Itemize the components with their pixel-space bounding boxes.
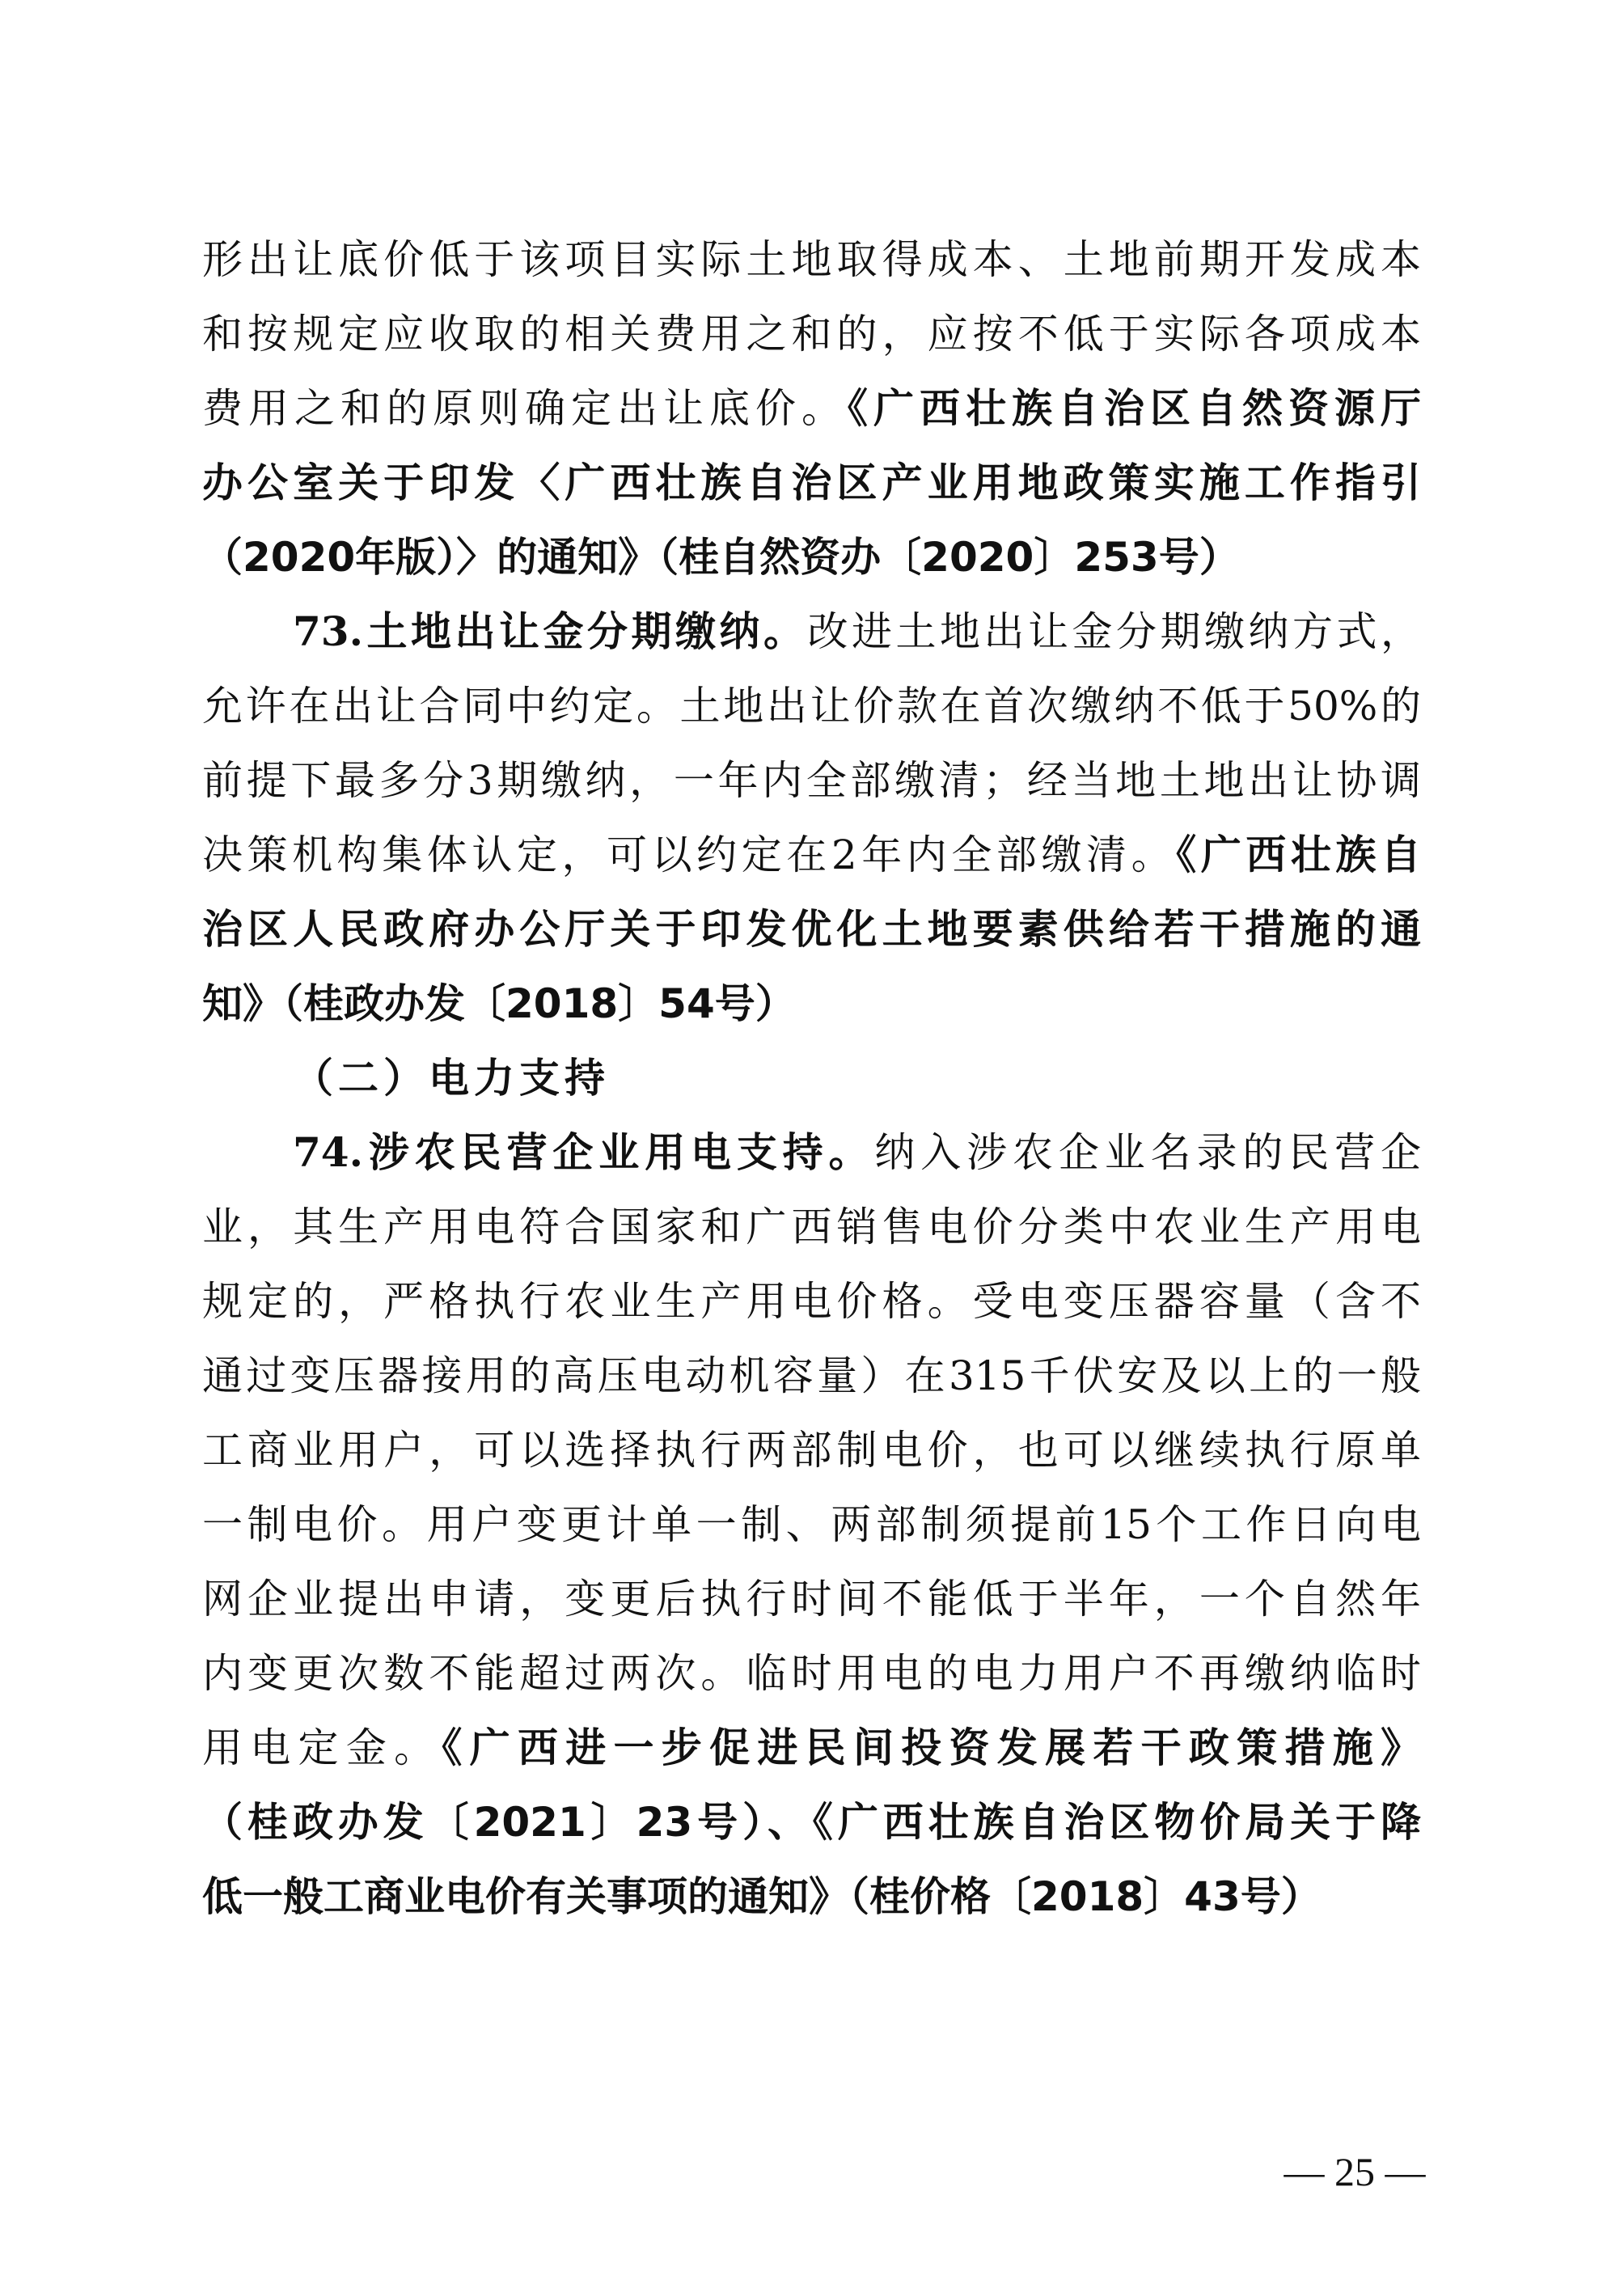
body-text: 通过变压器接用的高压电动机容量）在315千伏安及以上的一般 — [202, 1352, 1421, 1399]
body-text: 网企业提出申请，变更后执行时间不能低于半年，一个自然年 — [202, 1576, 1421, 1622]
text-line: 工商业用户，可以选择执行两部制电价，也可以继续执行原单 — [202, 1413, 1421, 1487]
citation-text: 办公室关于印发〈广西壮族自治区产业用地政策实施工作指引 — [202, 459, 1421, 506]
text-line: 形出让底价低于该项目实际土地取得成本、土地前期开发成本 — [202, 222, 1421, 297]
text-line: 内变更次数不能超过两次。临时用电的电力用户不再缴纳临时 — [202, 1636, 1421, 1711]
section-heading: （二）电力支持 — [202, 1041, 1421, 1115]
body-text: 工商业用户，可以选择执行两部制电价，也可以继续执行原单 — [202, 1427, 1421, 1474]
text-line: 网企业提出申请，变更后执行时间不能低于半年，一个自然年 — [202, 1562, 1421, 1636]
text-line: 业，其生产用电符合国家和广西销售电价分类中农业生产用电 — [202, 1190, 1421, 1264]
item-74-line: 74.涉农民营企业用电支持。纳入涉农企业名录的民营企 — [202, 1115, 1421, 1190]
body-text: 改进土地出让金分期缴纳方式， — [808, 608, 1422, 655]
text-line: 允许在出让合同中约定。土地出让价款在首次缴纳不低于50%的 — [202, 669, 1421, 743]
citation-text: 治区人民政府办公厅关于印发优化土地要素供给若干措施的通 — [202, 906, 1421, 953]
text-line: 一制电价。用户变更计单一制、两部制须提前15个工作日向电 — [202, 1487, 1421, 1562]
citation-text: （桂政办发〔2021〕23号）、《广西壮族自治区物价局关于降 — [202, 1799, 1421, 1846]
body-text: 内变更次数不能超过两次。临时用电的电力用户不再缴纳临时 — [202, 1650, 1421, 1697]
text-line: 通过变压器接用的高压电动机容量）在315千伏安及以上的一般 — [202, 1339, 1421, 1413]
document-page: 形出让底价低于该项目实际土地取得成本、土地前期开发成本 和按规定应收取的相关费用… — [0, 0, 1624, 2293]
text-line: 决策机构集体认定，可以约定在2年内全部缴清。《广西壮族自 — [202, 818, 1421, 892]
item-73-title: 73.土地出让金分期缴纳。 — [293, 607, 808, 655]
body-text: 纳入涉农企业名录的民营企 — [874, 1129, 1421, 1176]
text-line: 办公室关于印发〈广西壮族自治区产业用地政策实施工作指引 — [202, 446, 1421, 520]
item-73-line: 73.土地出让金分期缴纳。改进土地出让金分期缴纳方式， — [202, 594, 1421, 669]
citation-text: 低一般工商业电价有关事项的通知》（桂价格〔2018〕43号） — [202, 1873, 1322, 1920]
page-number: — 25 — — [1262, 2143, 1448, 2200]
citation-text: 知》（桂政办发〔2018〕54号） — [202, 980, 796, 1027]
text-line: 知》（桂政办发〔2018〕54号） — [202, 967, 1421, 1041]
body-text: 费用之和的原则确定出让底价。 — [202, 385, 848, 432]
body-text: 一制电价。用户变更计单一制、两部制须提前15个工作日向电 — [202, 1501, 1421, 1548]
body-text: 允许在出让合同中约定。土地出让价款在首次缴纳不低于50%的 — [202, 683, 1421, 730]
text-line: 低一般工商业电价有关事项的通知》（桂价格〔2018〕43号） — [202, 1859, 1421, 1934]
body-text: 决策机构集体认定，可以约定在2年内全部缴清。 — [202, 831, 1176, 878]
text-line: 规定的，严格执行农业生产用电价格。受电变压器容量（含不 — [202, 1264, 1421, 1339]
citation-text: 《广西壮族自治区自然资源厅 — [848, 385, 1421, 432]
citation-text: 《广西进一步促进民间投资发展若干政策措施》 — [442, 1724, 1421, 1771]
citation-text: 《广西壮族自 — [1176, 831, 1421, 878]
section-heading-text: （二）电力支持 — [293, 1055, 610, 1102]
text-line: 治区人民政府办公厅关于印发优化土地要素供给若干措施的通 — [202, 892, 1421, 967]
text-line: 和按规定应收取的相关费用之和的，应按不低于实际各项成本 — [202, 297, 1421, 371]
text-line: 费用之和的原则确定出让底价。《广西壮族自治区自然资源厅 — [202, 371, 1421, 446]
body-text: 和按规定应收取的相关费用之和的，应按不低于实际各项成本 — [202, 311, 1421, 357]
item-74-title: 74.涉农民营企业用电支持。 — [293, 1128, 874, 1176]
text-line: 前提下最多分3期缴纳，一年内全部缴清；经当地土地出让协调 — [202, 743, 1421, 818]
text-line: 用电定金。《广西进一步促进民间投资发展若干政策措施》 — [202, 1711, 1421, 1785]
citation-text: （2020年版）〉的通知》（桂自然资办〔2020〕253号） — [202, 534, 1240, 581]
body-text: 用电定金。 — [202, 1724, 442, 1771]
body-text: 业，其生产用电符合国家和广西销售电价分类中农业生产用电 — [202, 1204, 1421, 1250]
text-line: （2020年版）〉的通知》（桂自然资办〔2020〕253号） — [202, 520, 1421, 594]
body-text: 形出让底价低于该项目实际土地取得成本、土地前期开发成本 — [202, 236, 1421, 283]
body-text: 前提下最多分3期缴纳，一年内全部缴清；经当地土地出让协调 — [202, 757, 1421, 804]
text-line: （桂政办发〔2021〕23号）、《广西壮族自治区物价局关于降 — [202, 1785, 1421, 1859]
body-text: 规定的，严格执行农业生产用电价格。受电变压器容量（含不 — [202, 1278, 1421, 1325]
